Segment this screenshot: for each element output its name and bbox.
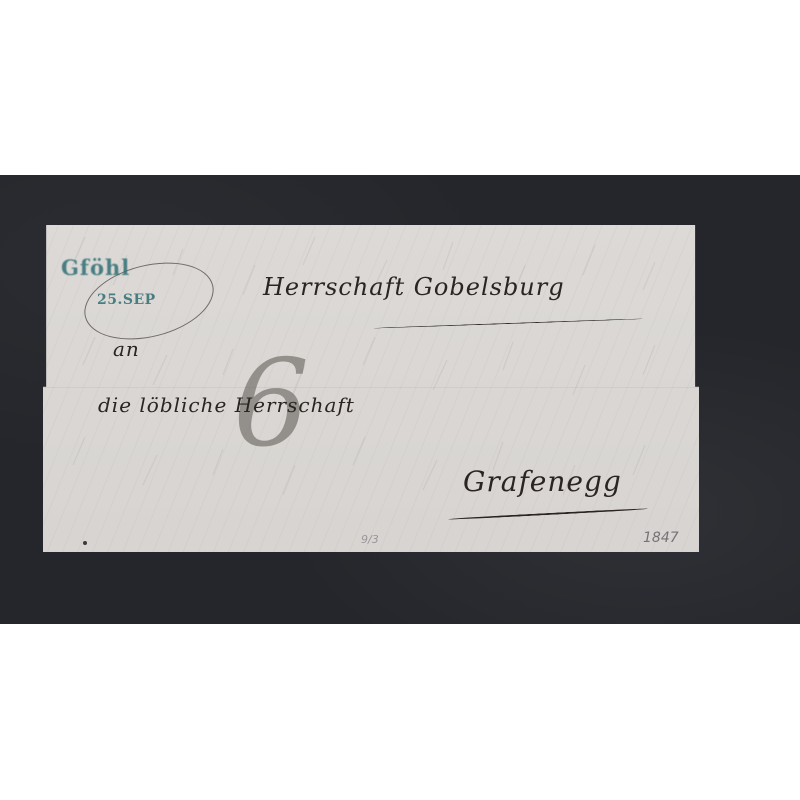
address-destination: Grafenegg [463,465,622,498]
address-line-2: an [113,337,140,361]
postmark-town: Gföhl [61,255,130,280]
pencil-year: 1847 [643,530,679,546]
destination-underline [448,508,648,520]
address-line-1: Herrschaft Gobelsburg [263,273,565,301]
postmark-date: 25.SEP [97,292,156,308]
address-line-3: die löbliche Herrschaft [98,393,355,417]
letter-cover: Gföhl 25.SEP 6 Herrschaft Gobelsburg an … [43,225,699,552]
fold-line [43,387,699,388]
underline-flourish [373,318,643,328]
pencil-reference: 9/3 [361,533,379,546]
paper-speck [83,541,87,545]
